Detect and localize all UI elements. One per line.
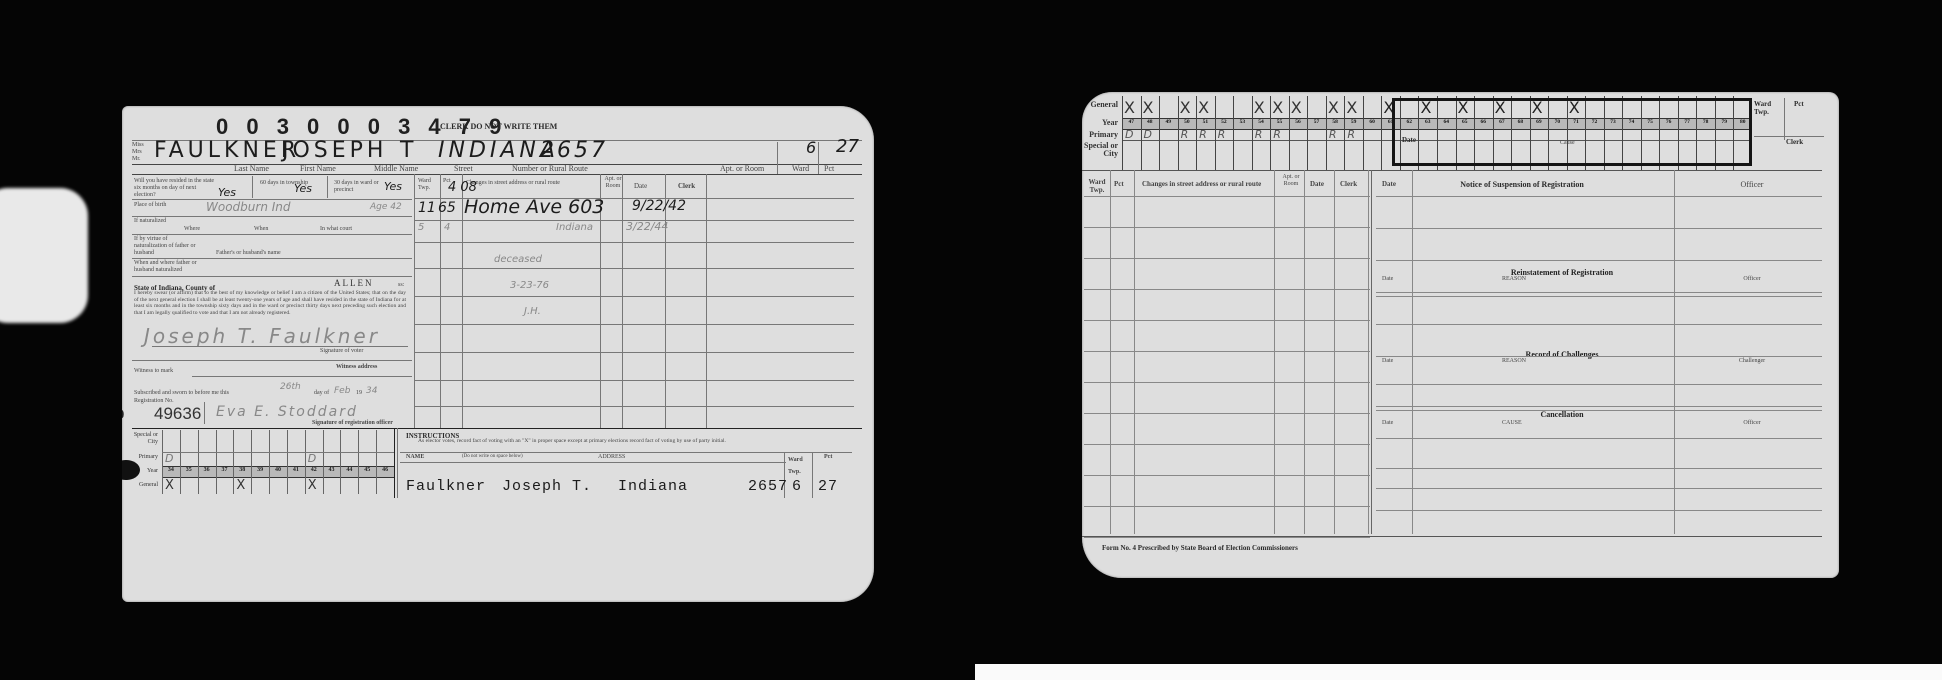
year-cell: 53 bbox=[1233, 119, 1252, 125]
year-cell: 51 bbox=[1196, 119, 1215, 125]
row-line bbox=[1376, 384, 1822, 385]
label-special-city: Special or City bbox=[126, 432, 158, 446]
label-voter-signature: Signature of voter bbox=[320, 348, 363, 354]
annotation-initials: J.H. bbox=[524, 306, 541, 317]
year-cell: 50 bbox=[1178, 119, 1197, 125]
label-naturalized-court: In what court bbox=[320, 226, 352, 232]
grid-line bbox=[162, 452, 394, 453]
general-mark: X bbox=[1143, 98, 1154, 117]
subscribed-day: 26th bbox=[280, 382, 301, 392]
year-cell: 37 bbox=[216, 467, 234, 473]
oath-text: I hereby swear (or affirm) that to the b… bbox=[134, 290, 406, 316]
year-cell: 56 bbox=[1289, 119, 1308, 125]
year-cell: 46 bbox=[376, 467, 394, 473]
typed-number: 2657 bbox=[748, 478, 788, 495]
grid-line bbox=[1122, 96, 1123, 170]
change-row-note: 4 08 bbox=[448, 180, 477, 195]
label-apt: Apt. or Room bbox=[720, 164, 764, 173]
label-witness-address: Witness address bbox=[336, 364, 377, 370]
last-name: FAULKNER bbox=[154, 138, 300, 163]
row-line bbox=[1376, 438, 1822, 439]
label-ward: Ward bbox=[792, 164, 809, 173]
back-label-ward: Ward Twp. bbox=[1754, 100, 1774, 116]
grid-line bbox=[1326, 96, 1327, 170]
scan-edge-strip bbox=[975, 664, 1942, 680]
general-mark: X bbox=[1328, 98, 1339, 117]
label-primary: Primary bbox=[126, 454, 158, 460]
label-first-name: First Name bbox=[300, 164, 336, 173]
label-year-prefix: 19 bbox=[356, 390, 362, 396]
label-pct: Pct bbox=[824, 164, 834, 173]
row-line bbox=[1376, 488, 1822, 489]
year-cell: 45 bbox=[358, 467, 376, 473]
row-line bbox=[1084, 320, 1370, 321]
row-line bbox=[1084, 475, 1370, 476]
general-mark: X bbox=[1198, 98, 1209, 117]
change-row-2-address: Indiana bbox=[556, 222, 593, 233]
pct-value: 27 bbox=[836, 136, 859, 157]
annotation-deceased: deceased bbox=[494, 254, 542, 265]
label-name: NAME bbox=[406, 454, 424, 460]
header-changes: Changes in street address or rural route bbox=[466, 180, 560, 186]
header-notice: CLERK DO NOT WRITE THEM bbox=[440, 122, 557, 131]
column-line bbox=[1274, 170, 1275, 534]
general-mark: X bbox=[308, 478, 317, 493]
column-line bbox=[1134, 170, 1135, 534]
primary-mark: D bbox=[165, 452, 173, 465]
year-cell: 43 bbox=[323, 467, 341, 473]
grid-line bbox=[1381, 96, 1382, 170]
change-row-2-ward: 5 bbox=[418, 222, 424, 233]
grid-line bbox=[1289, 96, 1290, 170]
year-cell: 57 bbox=[1307, 119, 1326, 125]
grid-line bbox=[1270, 96, 1271, 170]
general-mark: X bbox=[1180, 98, 1191, 117]
grid-line bbox=[1307, 96, 1308, 170]
label-street: Street bbox=[454, 164, 473, 173]
residency-answer-ward: Yes bbox=[384, 180, 402, 193]
grid-line bbox=[323, 430, 324, 494]
year-cell: 42 bbox=[305, 467, 323, 473]
row-line bbox=[1376, 228, 1822, 229]
registration-number: 49636 bbox=[154, 404, 201, 424]
year-cell: 60 bbox=[1363, 119, 1382, 125]
adjacent-card-edge bbox=[0, 188, 88, 323]
voting-record-grid: 34DX35363738X39404142DX43444546 bbox=[162, 430, 394, 494]
grid-line bbox=[251, 430, 252, 494]
year-cell: 41 bbox=[287, 467, 305, 473]
place-of-birth-value: Woodburn Ind bbox=[206, 200, 291, 214]
typed-ward: 6 bbox=[792, 478, 802, 495]
grid-line bbox=[287, 430, 288, 494]
registration-officer-signature: Eva E. Stoddard bbox=[216, 404, 358, 420]
label-father-naturalized: When and where father or husband natural… bbox=[134, 260, 218, 274]
header-clerk: Clerk bbox=[678, 182, 695, 190]
grid-line bbox=[162, 430, 163, 494]
column-line bbox=[1412, 170, 1413, 534]
subscribed-year: 34 bbox=[366, 386, 377, 396]
typed-pct: 27 bbox=[818, 478, 838, 495]
row-line bbox=[1084, 382, 1370, 383]
back-label-pct: Pct bbox=[1794, 100, 1804, 108]
row-line bbox=[1376, 296, 1822, 297]
row-line bbox=[1084, 351, 1370, 352]
title-prefix: MissMrsMr. bbox=[132, 142, 144, 163]
back-label-general: General bbox=[1084, 100, 1118, 109]
typed-last-name: Faulkner bbox=[406, 478, 486, 495]
year-cell: 39 bbox=[251, 467, 269, 473]
grid-line bbox=[305, 430, 306, 494]
ward-value: 6 bbox=[806, 138, 816, 157]
back-label-clerk: Clerk bbox=[1786, 138, 1803, 146]
column-line bbox=[1368, 170, 1369, 534]
label-pct-bottom: Pct bbox=[824, 454, 832, 460]
year-cell: 36 bbox=[198, 467, 216, 473]
voter-signature: Joseph T. Faulkner bbox=[144, 324, 380, 348]
row-line bbox=[1084, 413, 1370, 414]
column-line bbox=[1110, 170, 1111, 534]
general-mark: X bbox=[1272, 98, 1283, 117]
header-apt: Apt. or Room bbox=[604, 176, 622, 190]
back-label-special-city: Special or City bbox=[1084, 142, 1118, 158]
registration-no-symbol: No bbox=[122, 402, 124, 425]
label-middle-name: Middle Name bbox=[374, 164, 418, 173]
year-cell: 54 bbox=[1252, 119, 1271, 125]
row-line bbox=[1376, 260, 1822, 261]
label-day-of: day of bbox=[314, 390, 329, 396]
grid-line bbox=[376, 430, 377, 494]
primary-mark: R bbox=[1329, 128, 1337, 141]
boxed-years-region bbox=[1392, 98, 1752, 166]
grid-line bbox=[1159, 96, 1160, 170]
grid-line bbox=[198, 430, 199, 494]
header-ward-twp: Ward Twp. bbox=[418, 178, 440, 192]
subscribed-month: Feb bbox=[334, 386, 350, 396]
primary-mark: R bbox=[1218, 128, 1226, 141]
row-line bbox=[1376, 324, 1822, 325]
change-row-1-ward: 11 bbox=[418, 200, 436, 216]
residency-answer-state: Yes bbox=[218, 186, 236, 199]
row-line bbox=[1084, 444, 1370, 445]
voter-registration-card-front: 0 0 3 0 0 0 3 4 7 9 CLERK DO NOT WRITE T… bbox=[122, 106, 874, 602]
row-line bbox=[1376, 196, 1822, 197]
label-officer-signature: Signature of registration officer bbox=[312, 420, 393, 426]
grid-line bbox=[233, 430, 234, 494]
year-cell: 40 bbox=[269, 467, 287, 473]
label-last-name: Last Name bbox=[234, 164, 269, 173]
row-line bbox=[1084, 537, 1370, 538]
row-line bbox=[1084, 506, 1370, 507]
label-naturalized-where: Where bbox=[184, 226, 200, 232]
column-line bbox=[1674, 170, 1675, 534]
primary-mark: R bbox=[1347, 128, 1355, 141]
label-naturalized: If naturalized bbox=[134, 218, 174, 225]
typed-first-name: Joseph T. bbox=[502, 478, 592, 495]
back-label-primary: Primary bbox=[1084, 130, 1118, 139]
label-witness: Witness to mark bbox=[134, 368, 173, 374]
back-right-sections bbox=[1372, 170, 1822, 534]
street-number: 2657 bbox=[540, 138, 608, 163]
label-general: General bbox=[126, 482, 158, 488]
label-naturalized-when: When bbox=[254, 226, 268, 232]
header-date: Date bbox=[634, 182, 647, 190]
general-mark: X bbox=[165, 478, 174, 493]
year-cell: 47 bbox=[1122, 119, 1141, 125]
back-changes-table bbox=[1082, 170, 1372, 534]
grid-line bbox=[1252, 96, 1253, 170]
residency-answer-township: Yes bbox=[294, 182, 312, 195]
grid-line bbox=[1344, 96, 1345, 170]
year-cell: 44 bbox=[340, 467, 358, 473]
change-row-1-pct: 65 bbox=[438, 200, 456, 216]
grid-line bbox=[358, 430, 359, 494]
grid-line bbox=[269, 430, 270, 494]
primary-mark: D bbox=[1144, 128, 1152, 141]
back-label-year: Year bbox=[1084, 118, 1118, 127]
grid-line bbox=[216, 430, 217, 494]
primary-mark: D bbox=[308, 452, 316, 465]
grid-line bbox=[1363, 96, 1364, 170]
row-line bbox=[1376, 468, 1822, 469]
row-line bbox=[1376, 356, 1822, 357]
grid-line bbox=[1233, 96, 1234, 170]
label-ward-twp: Ward Twp. bbox=[788, 454, 808, 478]
change-row-2-date: 3/22/44 bbox=[626, 220, 668, 233]
primary-mark: R bbox=[1199, 128, 1207, 141]
change-row-2-pct: 4 bbox=[444, 222, 450, 233]
label-subscribed: Subscribed and sworn to before me this bbox=[134, 390, 229, 396]
year-cell: 52 bbox=[1215, 119, 1234, 125]
row-line bbox=[1084, 258, 1370, 259]
annotation-date: 3-23-76 bbox=[510, 280, 549, 291]
primary-mark: R bbox=[1255, 128, 1263, 141]
primary-mark: D bbox=[1125, 128, 1133, 141]
column-line bbox=[1304, 170, 1305, 534]
label-naturalization-father: If by virtue of naturalization of father… bbox=[134, 236, 196, 257]
voter-registration-card-back: General Year Primary Special or City 47X… bbox=[1082, 92, 1839, 578]
label-father-name: Father's or husband's name bbox=[216, 250, 281, 256]
general-mark: X bbox=[1291, 98, 1302, 117]
column-line bbox=[1334, 170, 1335, 534]
general-mark: X bbox=[236, 478, 245, 493]
middle-initial: T bbox=[400, 138, 413, 163]
row-line bbox=[1084, 289, 1370, 290]
row-line bbox=[1376, 410, 1822, 411]
row-line bbox=[1084, 196, 1370, 197]
first-name: JOSEPH bbox=[282, 138, 387, 163]
row-line bbox=[1376, 406, 1822, 407]
label-year: Year bbox=[126, 468, 158, 474]
grid-line bbox=[1196, 96, 1197, 170]
back-label-cause: Cause bbox=[1560, 140, 1575, 146]
county-value: ALLEN bbox=[334, 278, 374, 288]
row-line bbox=[1084, 227, 1370, 228]
grid-line bbox=[1178, 96, 1179, 170]
change-row-1-address: Home Ave 603 bbox=[464, 196, 604, 218]
typed-street: Indiana bbox=[618, 478, 688, 495]
general-mark: X bbox=[1254, 98, 1265, 117]
row-line bbox=[1376, 510, 1822, 511]
row-line bbox=[1376, 292, 1822, 293]
year-cell: 48 bbox=[1141, 119, 1160, 125]
year-cell: 59 bbox=[1344, 119, 1363, 125]
grid-line bbox=[1215, 96, 1216, 170]
year-cell: 55 bbox=[1270, 119, 1289, 125]
label-name-note: (Do not write on space below) bbox=[462, 454, 523, 459]
instructions-text: As elector votes, record fact of voting … bbox=[418, 438, 848, 445]
form-footer: Form No. 4 Prescribed by State Board of … bbox=[1102, 544, 1298, 552]
back-label-date: Date bbox=[1402, 136, 1416, 144]
general-mark: X bbox=[1124, 98, 1135, 117]
label-number: Number or Rural Route bbox=[512, 164, 588, 173]
year-cell: 35 bbox=[180, 467, 198, 473]
primary-mark: R bbox=[1273, 128, 1281, 141]
label-place-of-birth: Place of birth bbox=[134, 202, 174, 209]
age-value: Age 42 bbox=[370, 202, 402, 212]
change-row-1-date: 9/22/42 bbox=[632, 198, 686, 214]
grid-line bbox=[340, 430, 341, 494]
year-cell: 38 bbox=[233, 467, 251, 473]
oath-ss: ss: bbox=[398, 282, 404, 288]
grid-line bbox=[1141, 96, 1142, 170]
label-address: ADDRESS bbox=[598, 454, 625, 460]
residency-question-state: Will you have resided in the state six m… bbox=[134, 178, 218, 199]
year-cell: 34 bbox=[162, 467, 180, 473]
year-cell: 49 bbox=[1159, 119, 1178, 125]
general-mark: X bbox=[1346, 98, 1357, 117]
grid-line bbox=[180, 430, 181, 494]
primary-mark: R bbox=[1181, 128, 1189, 141]
year-cell: 58 bbox=[1326, 119, 1345, 125]
